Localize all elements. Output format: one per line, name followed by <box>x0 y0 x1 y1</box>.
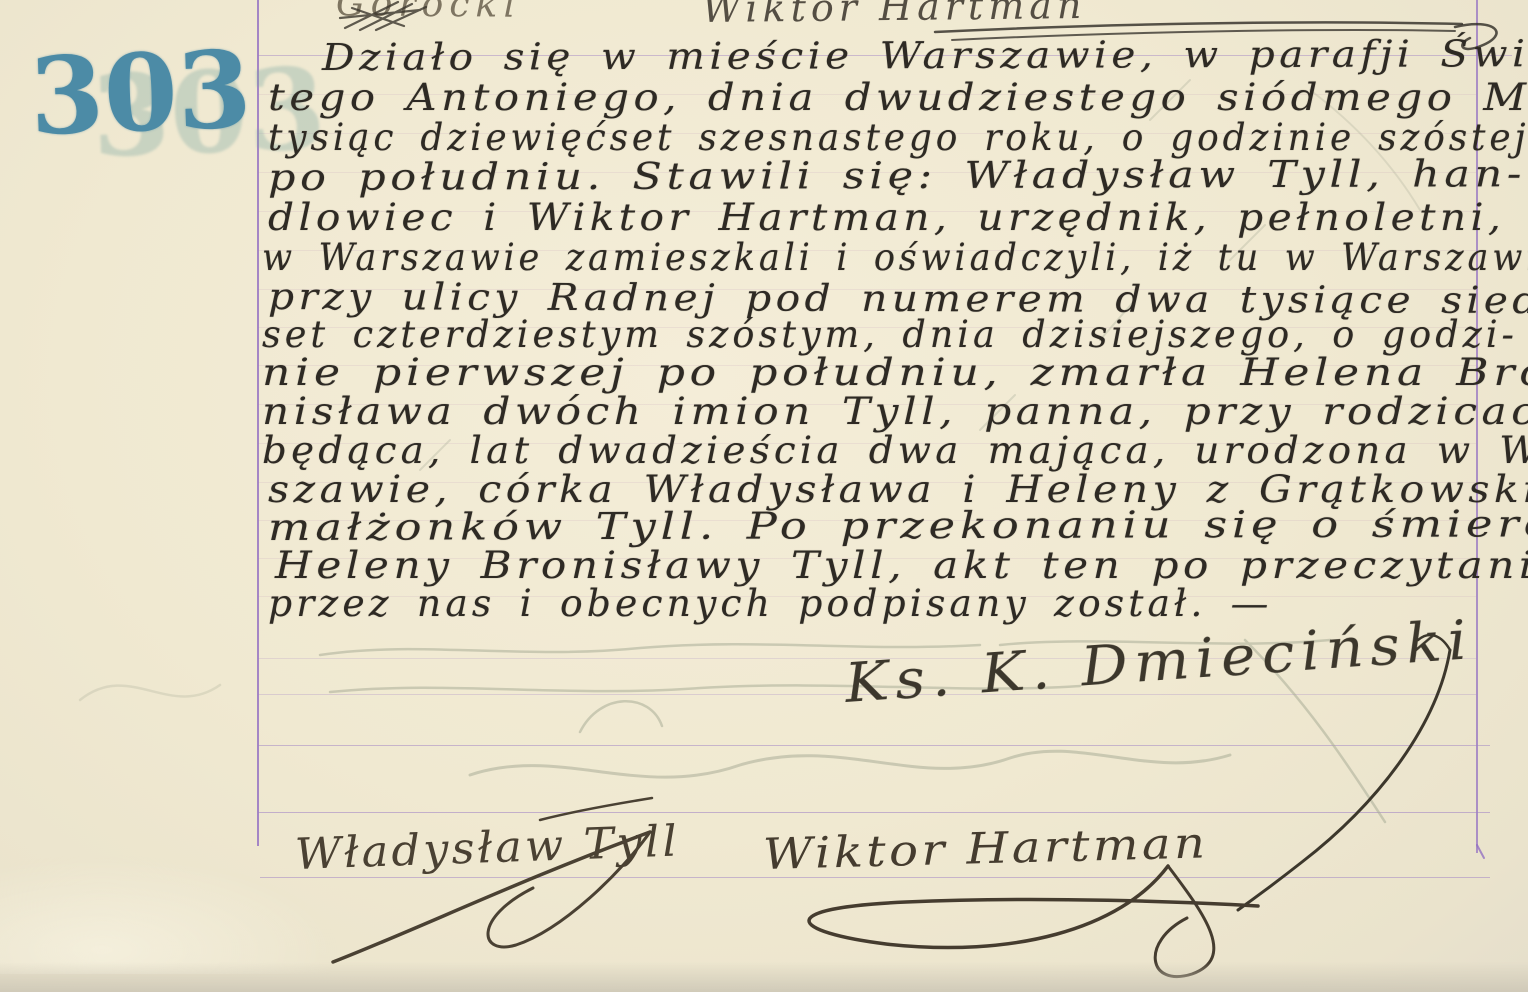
ruled-line <box>258 812 1490 813</box>
record-text-line: przez nas i obecnych podpisany został. — <box>268 582 1272 625</box>
witness-signature-right: Wiktor Hartman <box>762 818 1209 880</box>
record-text-line: nisława dwóch imion Tyll, panna, przy ro… <box>262 390 1528 433</box>
witness-signature-left: Władysław Tyll <box>294 817 681 880</box>
record-text-line: małżonków Tyll. Po przekonaniu się o śmi… <box>268 502 1528 549</box>
record-text-line: w Warszawie zamieszkali i oświadczyli, i… <box>262 236 1528 279</box>
header-fragment-left: Gorocki <box>336 0 521 26</box>
header-fragment-right: Wiktor Hartman <box>702 0 1087 31</box>
record-text-line: set czterdziestym szóstym, dnia dzisiejs… <box>262 313 1518 356</box>
record-text-line: nie pierwszej po południu, zmarła Helena… <box>262 351 1528 394</box>
page-bottom-edge-shadow <box>0 962 1528 992</box>
record-text-line: po południu. Stawili się: Władysław Tyll… <box>268 152 1526 199</box>
ruled-line <box>260 877 1490 878</box>
record-text-line: dlowiec i Wiktor Hartman, urzędnik, pełn… <box>268 196 1505 239</box>
record-text-line: będąca, lat dwadzieścia dwa mająca, urod… <box>262 429 1528 472</box>
record-number-stamp: 303 <box>28 36 253 150</box>
ruled-line <box>258 745 1490 746</box>
page-corner-highlight <box>0 854 340 974</box>
record-text-line: Działo się w mieście Warszawie, w parafj… <box>322 32 1528 79</box>
record-text-line: tego Antoniego, dnia dwudziestego siódme… <box>268 76 1528 119</box>
register-page-scan: 303 303 Gorocki Wiktor Hartman Działo si… <box>0 0 1528 992</box>
record-text-line: Heleny Bronisławy Tyll, akt ten po przec… <box>275 544 1528 587</box>
